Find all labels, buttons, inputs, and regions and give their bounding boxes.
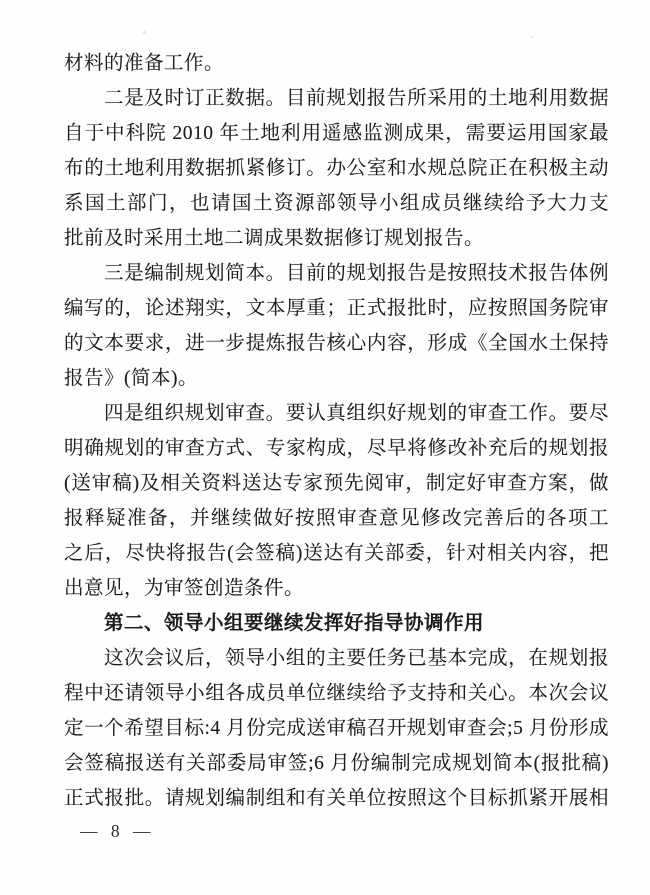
text-line: 材料的准备工作。 — [64, 46, 609, 81]
text-line: 这次会议后，领导小组的主要任务已基本完成，在规划报批过 — [64, 641, 609, 676]
text-line: 之后，尽快将报告(会签稿)送达有关部委，针对相关内容，把关提 — [64, 536, 609, 571]
section-heading: 第二、领导小组要继续发挥好指导协调作用 — [64, 606, 609, 641]
text-line: 布的土地利用数据抓紧修订。办公室和水规总院正在积极主动联 — [64, 151, 609, 186]
document-page: 材料的准备工作。 二是及时订正数据。目前规划报告所采用的土地利用数据来 自于中科… — [0, 0, 650, 895]
text-line: 报告》(简本)。 — [64, 361, 609, 396]
document-body: 材料的准备工作。 二是及时订正数据。目前规划报告所采用的土地利用数据来 自于中科… — [64, 46, 609, 845]
text-line: 明确规划的审查方式、专家构成，尽早将修改补充后的规划报告 — [64, 431, 609, 466]
scanned-document-screenshot: { "document": { "lines": [ "材料的准备工作。", "… — [0, 0, 650, 895]
text-line: 二是及时订正数据。目前规划报告所采用的土地利用数据来 — [64, 81, 609, 116]
text-line: 出意见，为审签创造条件。 — [64, 571, 609, 606]
text-line: 编写的，论述翔实，文本厚重；正式报批时，应按照国务院审批规划 — [64, 291, 609, 326]
text-line: 正式报批。请规划编制组和有关单位按照这个目标抓紧开展相关 — [64, 781, 609, 816]
text-line: 程中还请领导小组各成员单位继续给予支持和关心。本次会议先 — [64, 676, 609, 711]
text-line: 自于中科院 2010 年土地利用遥感监测成果，需要运用国家最新公 — [64, 116, 609, 151]
text-line: 报释疑准备，并继续做好按照审查意见修改完善后的各项工作。 — [64, 501, 609, 536]
text-line: 批前及时采用土地二调成果数据修订规划报告。 — [64, 221, 609, 256]
text-line: 系国土部门，也请国土资源部领导小组成员继续给予大力支持，报 — [64, 186, 609, 221]
text-line: 的文本要求，进一步提炼报告核心内容，形成《全国水土保持规划 — [64, 326, 609, 361]
page-number: — 8 — — [64, 817, 609, 845]
text-line: 三是编制规划简本。目前的规划报告是按照技术报告体例来 — [64, 256, 609, 291]
text-line: 四是组织规划审查。要认真组织好规划的审查工作。要尽快 — [64, 396, 609, 431]
text-line: 定一个希望目标:4 月份完成送审稿召开规划审查会;5 月份形成 — [64, 711, 609, 746]
scan-speck — [531, 36, 533, 38]
text-line: 会签稿报送有关部委局审签;6 月份编制完成规划简本(报批稿) — [64, 746, 609, 781]
scan-speck — [143, 31, 146, 34]
text-line: (送审稿)及相关资料送达专家预先阅审，制定好审查方案，做好汇 — [64, 466, 609, 501]
